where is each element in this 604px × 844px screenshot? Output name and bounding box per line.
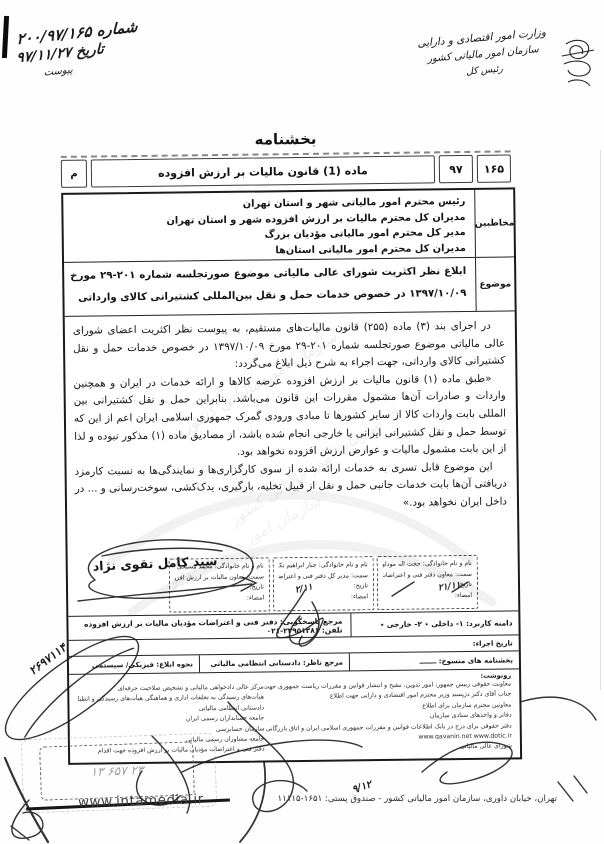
website-text: www.intamedia.ir: [78, 791, 204, 810]
body-paragraph-2: «طبق ماده (۱) قانون مالیات بر ارزش افزود…: [73, 370, 506, 463]
signoff-box-director-general: نام و نام خانوادگی: جبار ابراهیم تکی سمت…: [273, 556, 375, 611]
address-text: تهران، خیابان داوری، سازمان امور مالیاتی…: [205, 794, 557, 804]
circular-type-cell: م: [61, 160, 87, 188]
subject-text: ابلاغ نظر اکثریت شورای عالی مالیاتی موضو…: [64, 258, 476, 316]
repealed-text: بخشنامه های منسوخ: ـــــــ: [349, 651, 519, 670]
circular-title: بخشنامه: [60, 127, 510, 150]
recipients-row: مخاطبین رئیس محترم امور مالیاتی شهر و اس…: [63, 189, 514, 262]
recipients-label: مخاطبین: [474, 189, 514, 256]
printed-document: بخشنامه ۱۶۵ ۹۷ ماده (1) قانون مالیات بر …: [0, 0, 604, 844]
signoff-sign: امضاء:: [279, 592, 368, 604]
subject-row: موضوع ابلاغ نظر اکثریت شورای عالی مالیات…: [64, 257, 515, 316]
legal-article-cell: ماده (1) قانون مالیات بر ارزش افزوده: [91, 155, 435, 187]
exec-date-text: تاریخ اجراء:: [473, 639, 513, 647]
signoff-name: نام و نام خانوادگی: حجت اله موداوری: [383, 559, 472, 571]
received-stamp-text: ۲۳ ۶۵۷ ۱۳: [90, 763, 143, 779]
signoff-date: تاریخ:: [175, 583, 264, 595]
signoff-date: تاریخ:: [279, 581, 368, 593]
circular-number-cell: ۱۶۵: [477, 154, 511, 182]
signoff-sign: امضاء:: [383, 591, 472, 603]
scanned-circular-page: شماره ۲۰۰/۹۷/۱۶۵ تاریخ ۹۷/۱۱/۲۷ پیوست وز…: [0, 0, 604, 844]
subject-label: موضوع: [475, 257, 515, 310]
responder-text: مرجع پاسخگویی: دفتر فنی و اعتراضات مؤدیا…: [68, 616, 350, 637]
header-reference-row: ۱۶۵ ۹۷ ماده (1) قانون مالیات بر ارزش افز…: [61, 154, 511, 187]
signoff-sign: امضاء:: [175, 593, 264, 605]
notify-text: نحوه ابلاغ: فیزیکی/ سیستمی: [69, 655, 199, 674]
signoff-name: نام و نام خانوادگی: جبار ابراهیم تکی: [279, 560, 368, 572]
signoff-box-deputy-office: نام و نام خانوادگی: حجت اله موداوری سمت:…: [377, 555, 479, 610]
scope-text: دامنه کاربرد: ۱- داخلی ٭ ۲- خارجی ٭: [350, 611, 518, 636]
copy-line: شورای عالی مالیاتی: [265, 742, 512, 755]
supervisor-text: مرجع ناظر: دادستانی انتظامی مالیاتی: [199, 653, 349, 672]
copies-column-right: معاونت حقوقی رییس جمهور، امور تدوین، تنق…: [264, 679, 512, 755]
circular-year-cell: ۹۷: [439, 155, 473, 183]
